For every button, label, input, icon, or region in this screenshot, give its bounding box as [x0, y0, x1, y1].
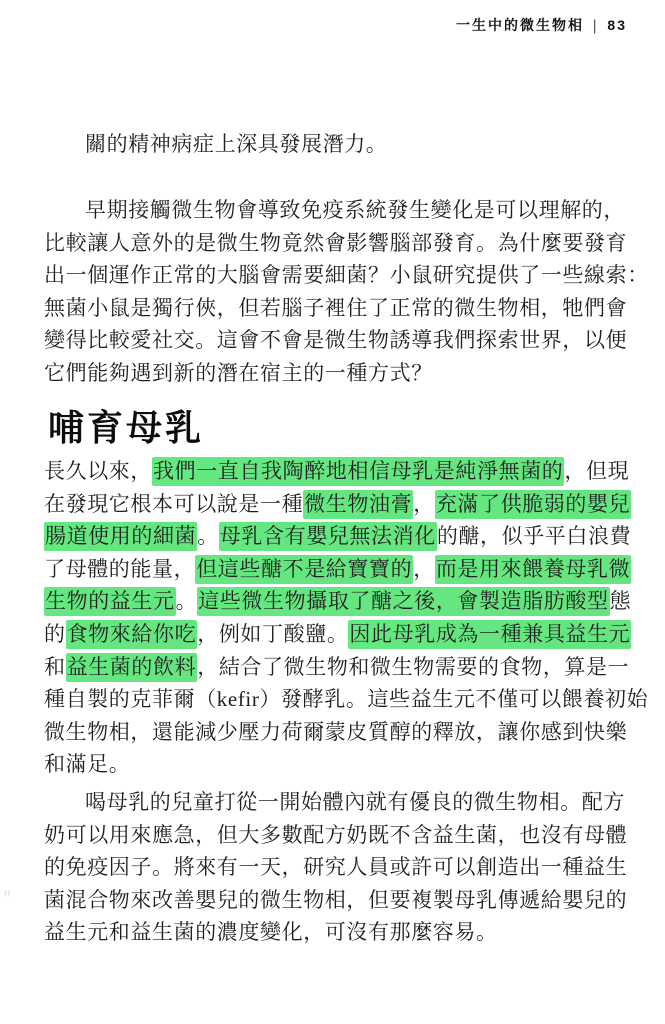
plain-text: 變得比較愛社交。這會不會是微生物誘導我們探索世界，以便: [44, 328, 627, 352]
plain-text: 比較讓人意外的是微生物竟然會影響腦部發育。為什麼要發育: [44, 231, 627, 255]
text-line: 比較讓人意外的是微生物竟然會影響腦部發育。為什麼要發育: [44, 227, 630, 260]
plain-text: ，例如丁酸鹽。: [197, 622, 348, 646]
text-line: 生物的益生元。這些微生物攝取了醣之後，會製造脂肪酸型態: [44, 585, 630, 618]
book-page: 一生中的微生物相 | 83 關的精神病症上深具發展潛力。 早期接觸微生物會導致免…: [0, 0, 665, 1024]
highlighted-text: 而是用來餵養母乳微: [435, 555, 631, 584]
text-line: 喝母乳的兒童打從一開始體內就有優良的微生物相。配方: [44, 786, 630, 819]
paragraph-carryover: 關的精神病症上深具發展潛力。: [44, 128, 630, 161]
plain-text: ，但現: [564, 459, 629, 483]
text-line: 變得比較愛社交。這會不會是微生物誘導我們探索世界，以便: [44, 324, 630, 357]
plain-text: 和滿足。: [44, 752, 130, 776]
plain-text: 無菌小鼠是獨行俠，但若腦子裡住了正常的微生物相，牠們會: [44, 296, 627, 320]
text-line: 無菌小鼠是獨行俠，但若腦子裡住了正常的微生物相，牠們會: [44, 292, 630, 325]
plain-text: 它們能夠遇到新的潛在宿主的一種方式？: [44, 361, 433, 385]
highlighted-text: 母乳含有嬰兒無法消化: [219, 522, 437, 551]
running-head-page-number: 83: [607, 17, 627, 33]
text-line: 長久以來，我們一直自我陶醉地相信母乳是純淨無菌的，但現: [44, 455, 630, 488]
highlighted-text: 微生物油膏: [303, 490, 413, 519]
plain-text: 和: [44, 655, 66, 679]
text-line: 它們能夠遇到新的潛在宿主的一種方式？: [44, 357, 630, 390]
plain-text: 的免疫因子。將來有一天，研究人員或許可以創造出一種益生: [44, 855, 627, 879]
highlighted-text: 益生菌的飲料: [66, 653, 198, 682]
text-line: 菌混合物來改善嬰兒的微生物相，但要複製母乳傳遞給嬰兒的: [44, 884, 630, 917]
text-line: 微生物相，還能減少壓力荷爾蒙皮質醇的釋放，讓你感到快樂: [44, 716, 630, 749]
plain-text: 。: [197, 524, 219, 548]
paragraph-early-exposure: 早期接觸微生物會導致免疫系統發生變化是可以理解的，比較讓人意外的是微生物竟然會影…: [44, 194, 630, 390]
text-line: 出一個運作正常的大腦會需要細菌？小鼠研究提供了一些線索：: [44, 259, 630, 292]
plain-text: 。: [176, 589, 198, 613]
text-line: 種自製的克菲爾（kefir）發酵乳。這些益生元不僅可以餵養初始: [44, 683, 630, 716]
paragraph-breast-milk: 長久以來，我們一直自我陶醉地相信母乳是純淨無菌的，但現在發現它根本可以說是一種微…: [44, 455, 630, 781]
text-line: 益生元和益生菌的濃度變化，可沒有那麼容易。: [44, 916, 630, 949]
section-heading: 哺育母乳: [48, 400, 204, 451]
running-head-separator: |: [593, 16, 598, 33]
margin-smudge-mark: 〃: [0, 883, 13, 907]
text-line: 和益生菌的飲料，結合了微生物和微生物需要的食物，算是一: [44, 651, 630, 684]
text-line: 早期接觸微生物會導致免疫系統發生變化是可以理解的，: [44, 194, 630, 227]
plain-text: 長久以來，: [44, 459, 152, 483]
highlighted-text: 我們一直自我陶醉地相信母乳是純淨無菌的: [152, 457, 564, 486]
paragraph-formula: 喝母乳的兒童打從一開始體內就有優良的微生物相。配方奶可以用來應急，但大多數配方奶…: [44, 786, 630, 949]
text-line: 腸道使用的細菌。母乳含有嬰兒無法消化的醣，似乎平白浪費: [44, 520, 630, 553]
text-line: 關的精神病症上深具發展潛力。: [44, 128, 630, 161]
highlighted-text: 充滿了供脆弱的嬰兒: [435, 490, 631, 519]
plain-text: ，: [413, 557, 435, 581]
highlighted-text: 腸道使用的細菌: [44, 522, 197, 551]
plain-text: 態: [610, 589, 632, 613]
plain-text: 益生元和益生菌的濃度變化，可沒有那麼容易。: [44, 920, 498, 944]
text-line: 的免疫因子。將來有一天，研究人員或許可以創造出一種益生: [44, 851, 630, 884]
highlighted-text: 生物的益生元: [44, 587, 176, 616]
plain-text: ，結合了微生物和微生物需要的食物，算是一: [197, 655, 629, 679]
text-line: 的食物來給你吃，例如丁酸鹽。因此母乳成為一種兼具益生元: [44, 618, 630, 651]
plain-text: 的: [44, 622, 66, 646]
text-line: 和滿足。: [44, 748, 630, 781]
highlighted-text: 但這些醣不是給寶寶的: [195, 555, 413, 584]
highlighted-text: 這些微生物攝取了醣之後，會製造脂肪酸型: [197, 587, 609, 616]
plain-text: ，: [413, 492, 435, 516]
plain-text: 喝母乳的兒童打從一開始體內就有優良的微生物相。配方: [85, 790, 625, 814]
text-line: 在發現它根本可以說是一種微生物油膏，充滿了供脆弱的嬰兒: [44, 488, 630, 521]
plain-text: 在發現它根本可以說是一種: [44, 492, 303, 516]
plain-text: 的醣，似乎平白浪費: [437, 524, 631, 548]
plain-text: 菌混合物來改善嬰兒的微生物相，但要複製母乳傳遞給嬰兒的: [44, 888, 627, 912]
plain-text: 關的精神病症上深具發展潛力。: [85, 132, 387, 156]
plain-text: 種自製的克菲爾（kefir）發酵乳。這些益生元不僅可以餵養初始: [44, 687, 648, 711]
running-head: 一生中的微生物相 | 83: [456, 15, 627, 35]
highlighted-text: 因此母乳成為一種兼具益生元: [348, 620, 631, 649]
plain-text: 了母體的能量，: [44, 557, 195, 581]
running-head-chapter-title: 一生中的微生物相: [456, 15, 584, 35]
plain-text: 出一個運作正常的大腦會需要細菌？小鼠研究提供了一些線索：: [44, 263, 649, 287]
text-line: 奶可以用來應急，但大多數配方奶既不含益生菌，也沒有母體: [44, 819, 630, 852]
plain-text: 微生物相，還能減少壓力荷爾蒙皮質醇的釋放，讓你感到快樂: [44, 720, 627, 744]
plain-text: 早期接觸微生物會導致免疫系統發生變化是可以理解的，: [85, 198, 625, 222]
highlighted-text: 食物來給你吃: [66, 620, 198, 649]
plain-text: 奶可以用來應急，但大多數配方奶既不含益生菌，也沒有母體: [44, 823, 627, 847]
text-line: 了母體的能量，但這些醣不是給寶寶的，而是用來餵養母乳微: [44, 553, 630, 586]
